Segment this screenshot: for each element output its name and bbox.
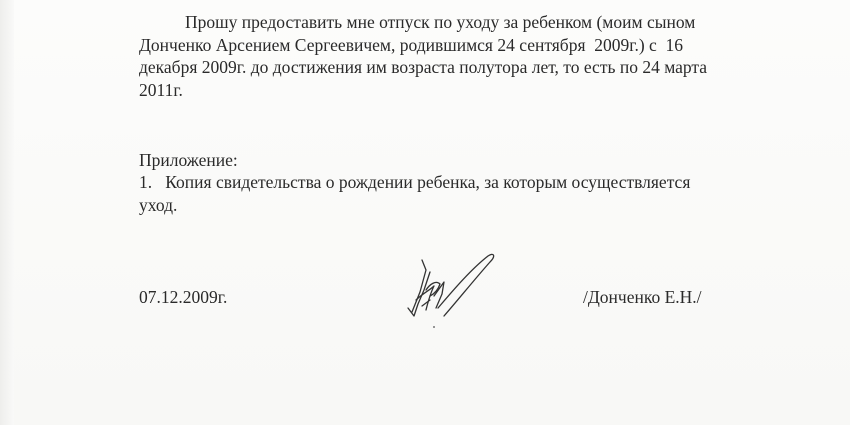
- paragraph-line: декабря 2009г. до достижения им возраста…: [139, 56, 779, 79]
- paragraph-line: Донченко Арсением Сергеевичем, родившимс…: [139, 34, 779, 57]
- signer-name: /Донченко Е.Н./: [583, 286, 702, 308]
- paragraph-line: Прошу предоставить мне отпуск по уходу з…: [139, 11, 779, 34]
- appendix-title: Приложение:: [139, 149, 238, 171]
- paragraph-line: 2011г.: [139, 79, 779, 102]
- page-edge-shadow: [0, 0, 14, 425]
- signature-icon: [400, 250, 510, 320]
- appendix-item-line: уход.: [139, 194, 779, 217]
- appendix-item-line: 1. Копия свидетельства о рождении ребенк…: [139, 171, 779, 194]
- scanned-page: Прошу предоставить мне отпуск по уходу з…: [0, 0, 850, 425]
- request-paragraph: Прошу предоставить мне отпуск по уходу з…: [139, 11, 779, 101]
- scan-speck: [433, 326, 435, 328]
- appendix-item: 1. Копия свидетельства о рождении ребенк…: [139, 171, 779, 217]
- document-date: 07.12.2009г.: [139, 286, 227, 308]
